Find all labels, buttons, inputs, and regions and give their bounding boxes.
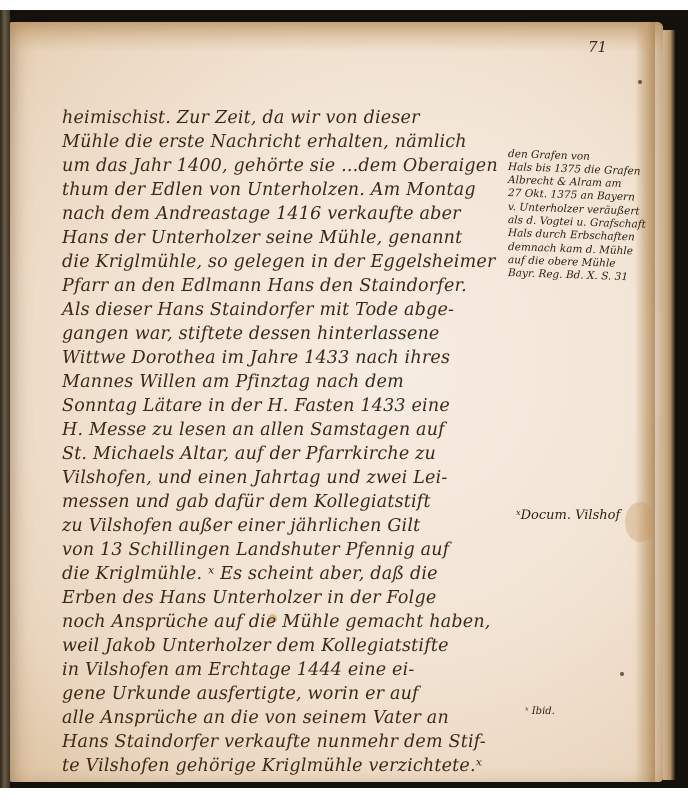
text-line: zu Vilshofen außer einer jährlichen Gilt (62, 516, 420, 536)
text-line: Mannes Willen am Pfinztag nach dem (62, 372, 404, 392)
top-stain (10, 22, 663, 52)
page-fold-shading (635, 22, 655, 782)
text-line: Hans der Unterholzer seine Mühle, genann… (62, 228, 462, 248)
ibid-reference-note: ˣ Ibid. (525, 706, 555, 717)
document-reference-note: ˣDocum. Vilshof (516, 508, 620, 523)
text-line: H. Messe zu lesen an allen Samstagen auf (62, 420, 445, 440)
text-line: Erben des Hans Unterholzer in der Folge (62, 588, 436, 608)
text-line: St. Michaels Altar, auf der Pfarrkirche … (62, 444, 436, 464)
text-line: von 13 Schillingen Landshuter Pfennig au… (62, 540, 449, 560)
text-line: Vilshofen, und einen Jahrtag und zwei Le… (62, 468, 448, 488)
text-line: noch Ansprüche auf die Mühle gemacht hab… (62, 612, 491, 632)
book-binding-edge (0, 10, 10, 788)
text-line: alle Ansprüche an die von seinem Vater a… (62, 708, 449, 728)
foxing-spot (620, 672, 624, 676)
text-line: in Vilshofen am Erchtage 1444 eine ei- (62, 660, 415, 680)
text-line: weil Jakob Unterholzer dem Kollegiatstif… (62, 636, 449, 656)
foxing-spot (638, 80, 642, 84)
text-line: die Kriglmühle, so gelegen in der Eggels… (62, 252, 496, 272)
text-line: nach dem Andreastage 1416 verkaufte aber (62, 204, 461, 224)
text-line: gangen war, stiftete dessen hinterlassen… (62, 324, 440, 344)
text-line: Mühle die erste Nachricht erhalten, näml… (62, 132, 467, 152)
text-line: Als dieser Hans Staindorfer mit Tode abg… (62, 300, 454, 320)
text-line: heimischist. Zur Zeit, da wir von dieser (62, 108, 420, 128)
text-line: die Kriglmühle. ˣ Es scheint aber, daß d… (62, 564, 438, 584)
text-line: Pfarr an den Edlmann Hans den Staindorfe… (62, 276, 467, 296)
text-line: te Vilshofen gehörige Kriglmühle verzich… (62, 756, 482, 776)
text-line: messen und gab dafür dem Kollegiatstift (62, 492, 431, 512)
text-line: Sonntag Lätare in der H. Fasten 1433 ein… (62, 396, 450, 416)
page-stack-edge (663, 30, 675, 780)
text-line: um das Jahr 1400, gehörte sie ...dem Obe… (62, 156, 498, 176)
text-line: gene Urkunde ausfertigte, worin er auf (62, 684, 419, 704)
page-number: 71 (588, 38, 607, 56)
text-line: Hans Staindorfer verkaufte nunmehr dem S… (62, 732, 486, 752)
text-line: Wittwe Dorothea im Jahre 1433 nach ihres (62, 348, 450, 368)
text-line: thum der Edlen von Unterholzen. Am Monta… (62, 180, 476, 200)
stain (625, 502, 655, 542)
